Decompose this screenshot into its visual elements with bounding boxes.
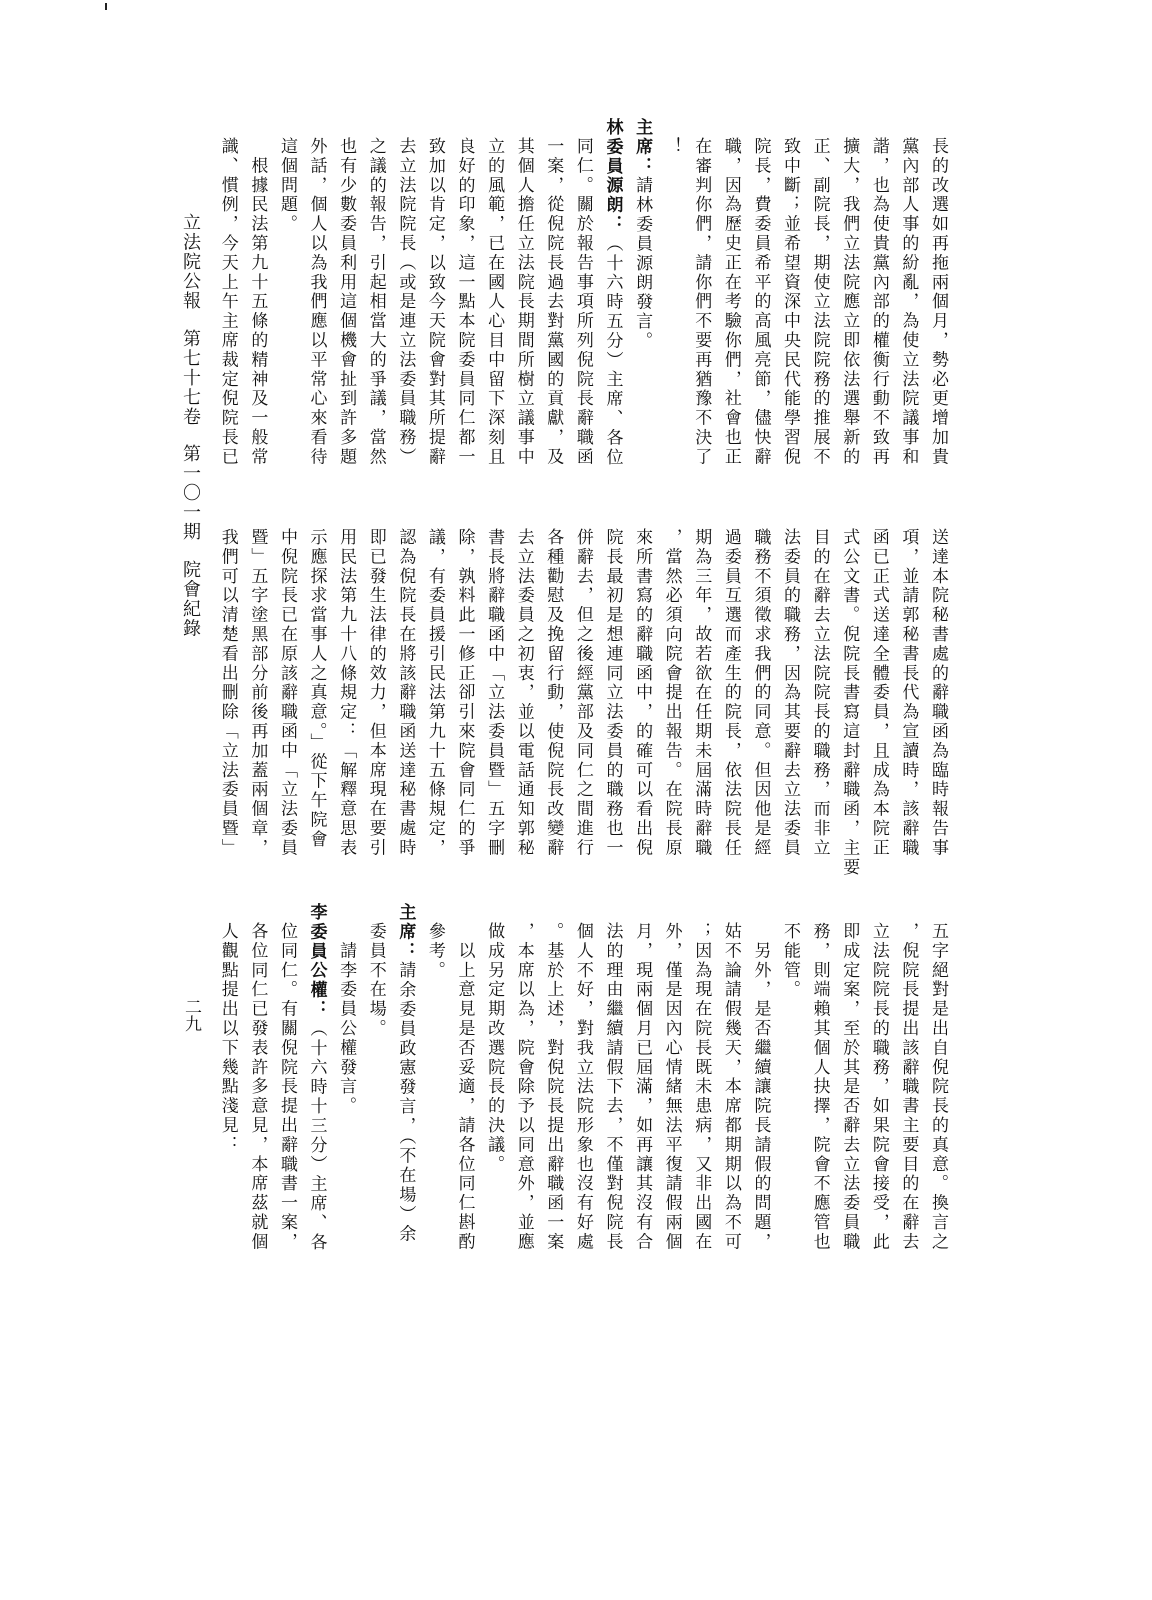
speaker-column: 主席：請余委員政憲發言，（不在場）余 (390, 903, 420, 1244)
text-column: 目的在辭去立法院院長的職務，而非立 (804, 528, 834, 858)
text-column: 致中斷；並希望資深中央民代能學習倪 (774, 137, 804, 467)
text-column: 在審判你們，請你們不要再猶豫不決了 (686, 137, 716, 467)
text-column: 人觀點提出以下幾點淺見： (212, 922, 242, 1155)
text-column: 以上意見是否妥適，請各位同仁斟酌 (449, 922, 479, 1252)
text-column: 去立法委員之初衷，並以電話通知郭秘 (508, 528, 538, 858)
text-column: 示應探求當事人之真意。」從下午院會 (301, 528, 331, 849)
volume-number: 第七十七卷 (180, 329, 201, 427)
scan-mark (105, 3, 107, 10)
text-column: 中倪院長已在原該辭職函中「立法委員 (271, 528, 301, 858)
text-column: 正、副院長，期使立法院院務的推展不 (804, 137, 834, 467)
text-column: 外，僅是因內心情緒無法平復請假兩個 (656, 922, 686, 1252)
speech-text: 請余委員政憲發言，（不在場）余 (395, 961, 415, 1244)
text-column: 請李委員公權發言。 (331, 922, 361, 1116)
text-column: 根據民法第九十五條的精神及一般常 (242, 137, 272, 467)
text-column: 良好的印象，這一點本院委員同仁都一 (449, 137, 479, 467)
speech-text: 請林委員源朗發言。 (632, 176, 652, 351)
text-column: 我們可以清楚看出刪除「立法委員暨」 (212, 528, 242, 858)
text-column: 法委員的職務，因為其要辭去立法委員 (774, 528, 804, 858)
text-column: 即成定案，至於其是否辭去立法委員職 (834, 922, 864, 1252)
text-column: 外話，個人以為我們應以平常心來看待 (301, 137, 331, 467)
text-column: 職務不須徵求我們的同意。但因他是經 (745, 528, 775, 858)
text-column: 式公文書。倪院長書寫這封辭職函，主要 (834, 528, 864, 877)
text-column: 這個問題。 (271, 137, 301, 234)
text-column: 同仁。關於報告事項所列倪院長辭職函 (567, 137, 597, 467)
page-number: 二九 (181, 998, 201, 1032)
text-column: 除，孰料此一修正卻引來院會同仁的爭 (449, 528, 479, 858)
text-column: 法的理由繼續請假下去，不僅對倪院長 (597, 922, 627, 1252)
text-column: 之議的報告，引起相當大的爭議，當然 (360, 137, 390, 467)
text-column: 五字絕對是出自倪院長的真意。換言之 (922, 922, 952, 1252)
text-tier-middle: 送達本院秘書處的辭職函為臨時報告事 項，並請郭秘書長代為宣讀時，該辭職 函已正式… (212, 528, 952, 888)
text-column: 一案，從倪院長過去對黨國的貢獻，及 (538, 137, 568, 467)
running-header: 立法院公報第七十七卷第一〇一期院會紀錄 (180, 213, 200, 638)
text-column: 函已正式送達全體委員，且成為本院正 (863, 528, 893, 858)
publication-title: 立法院公報 (180, 213, 201, 311)
text-column: 個人不好，對我立法院形象也沒有好處 (567, 922, 597, 1252)
text-column: 不能管。 (774, 922, 804, 1000)
text-column: 議，有委員援引民法第九十五條規定， (419, 528, 449, 858)
text-column: 職，因為歷史正在考驗你們，社會也正 (715, 137, 745, 467)
text-column: 過委員互選而產生的院長，依法院長任 (715, 528, 745, 858)
text-column: 來所書寫的辭職函中，的確可以看出倪 (626, 528, 656, 858)
text-tier-top: 長的改選如再拖兩個月，勢必更增加貴 黨內部人事的紛亂，為使立法院議事和 諧，也為… (212, 137, 952, 497)
text-column: 參考。 (419, 922, 449, 980)
text-column: 識、慣例，今天上午主席裁定倪院長已 (212, 137, 242, 467)
text-column: 致加以肯定，以致今天院會對其所提辭 (419, 137, 449, 467)
speaker-column: 主席：請林委員源朗發言。 (626, 118, 656, 351)
text-column: 送達本院秘書處的辭職函為臨時報告事 (922, 528, 952, 858)
speaker-name: 主席： (395, 903, 415, 961)
text-column: 姑不論請假幾天，本席都期期以為不可 (715, 922, 745, 1252)
speaker-name: 李委員公權： (307, 903, 327, 1019)
text-column: 用民法第九十八條規定：「解釋意思表 (331, 528, 361, 858)
text-column: 也有少數委員利用這個機會扯到許多題 (331, 137, 361, 467)
text-column: 。基於上述，對倪院長提出辭職函一案 (538, 922, 568, 1252)
text-column: 院長最初是想連同立法委員的職務也一 (597, 528, 627, 858)
speech-text: （十六時十三分）主席、各 (307, 1019, 327, 1252)
text-column: 項，並請郭秘書長代為宣讀時，該辭職 (893, 528, 923, 858)
text-column: 認為倪院長在將該辭職函送達秘書處時 (390, 528, 420, 858)
text-column: 院長，費委員希平的高風亮節，儘快辭 (745, 137, 775, 467)
speaker-name: 林委員源朗： (602, 118, 622, 234)
text-column: 期為三年，故若欲在任期未屆滿時辭職 (686, 528, 716, 858)
text-column: 即已發生法律的效力，但本席現在要引 (360, 528, 390, 858)
speaker-column: 李委員公權：（十六時十三分）主席、各 (301, 903, 331, 1252)
text-column: ，本席以為，院會除予以同意外，並應 (508, 922, 538, 1252)
text-column: 位同仁。有關倪院長提出辭職書一案， (271, 922, 301, 1252)
text-column: 書長將辭職函中「立法委員暨」五字刪 (479, 528, 509, 858)
text-column: 諧，也為使貴黨內部的權衡行動不致再 (863, 137, 893, 467)
text-column: 併辭去，但之後經黨部及同仁之間進行 (567, 528, 597, 858)
speaker-column: 林委員源朗：（十六時五分）主席、各位 (597, 118, 627, 467)
text-column: ，倪院長提出該辭職書主要目的在辭去 (893, 922, 923, 1252)
text-column: 擴大，我們立法院應立即依法選舉新的 (834, 137, 864, 467)
text-column: 月，現兩個月已屆滿，如再讓其沒有合 (626, 922, 656, 1252)
text-column: ！ (656, 137, 686, 156)
text-column: 黨內部人事的紛亂，為使立法院議事和 (893, 137, 923, 467)
text-column: 委員不在場。 (360, 922, 390, 1038)
text-column: 務，則端賴其個人抉擇，院會不應管也 (804, 922, 834, 1252)
text-column: 立的風範，已在國人心目中留下深刻且 (479, 137, 509, 467)
text-column: 立法院院長的職務，如果院會接受，此 (863, 922, 893, 1252)
text-column: 各位同仁已發表許多意見，本席茲就個 (242, 922, 272, 1252)
text-column: ，當然必須向院會提出報告。在院長原 (656, 528, 686, 858)
speech-text: （十六時五分）主席、各位 (602, 234, 622, 467)
speaker-name: 主席： (632, 118, 652, 176)
text-column: 另外，是否繼續讓院長請假的問題， (745, 922, 775, 1252)
section-name: 院會紀錄 (180, 560, 201, 638)
text-column: 其個人擔任立法院長期間所樹立議事中 (508, 137, 538, 467)
text-column: ；因為現在院長既未患病，又非出國在 (686, 922, 716, 1252)
issue-number: 第一〇一期 (180, 444, 201, 542)
text-column: 各種勸慰及挽留行動，使倪院長改變辭 (538, 528, 568, 858)
text-column: 做成另定期改選院長的決議。 (479, 922, 509, 1174)
text-column: 長的改選如再拖兩個月，勢必更增加貴 (922, 137, 952, 467)
text-column: 暨」五字塗黑部分前後再加蓋兩個章， (242, 528, 272, 858)
text-column: 去立法院院長（或是連立法委員職務） (390, 137, 420, 467)
text-tier-bottom: 五字絕對是出自倪院長的真意。換言之 ，倪院長提出該辭職書主要目的在辭去 立法院院… (212, 922, 952, 1282)
